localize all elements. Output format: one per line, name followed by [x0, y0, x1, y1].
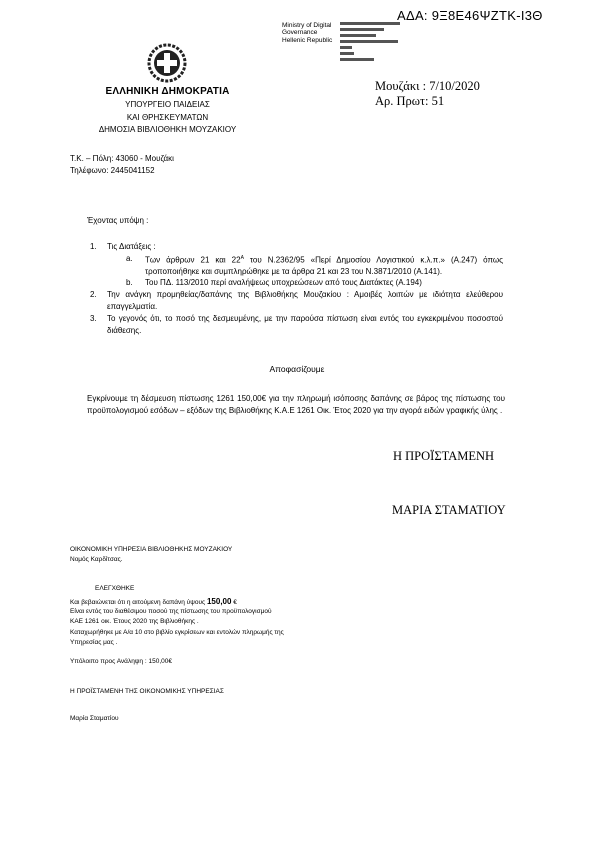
address-block: Τ.Κ. – Πόλη: 43060 - Μουζάκι Τηλέφωνο: 2…: [70, 153, 174, 177]
signature-line: Hellenic Republic: [282, 37, 332, 44]
finance-line-3: ΚΑΕ 1261 οικ. Έτους 2020 της Βιβλιοθήκης…: [70, 617, 199, 627]
subitem-text-part: Των άρθρων 21 και 22: [145, 256, 241, 265]
digital-signature-label: Ministry of Digital Governance Hellenic …: [282, 22, 332, 44]
ada-code: ΑΔΑ: 9Ξ8Ε46ΨΖΤΚ-Ι3Θ: [397, 8, 543, 23]
finance-line-2: Είναι εντός του διαθέσιμου ποσού της πίσ…: [70, 607, 272, 617]
institution-line-4: ΔΗΜΟΣΙΑ ΒΙΒΛΙΟΘΗΚΗ ΜΟΥΖΑΚΙΟΥ: [60, 125, 275, 134]
finance-head-title: Η ΠΡΟΪΣΤΑΜΕΝΗ ΤΗΣ ΟΙΚΟΝΟΜΙΚΗΣ ΥΠΗΡΕΣΙΑΣ: [70, 687, 224, 697]
subitem-text: Του ΠΔ. 113/2010 περί αναλήψεως υποχρεώσ…: [145, 277, 422, 289]
institution-line-3: ΚΑΙ ΘΡΗΣΚΕΥΜΑΤΩΝ: [60, 113, 275, 122]
protocol-number: Αρ. Πρωτ: 51: [375, 94, 480, 109]
item-number: 1.: [90, 241, 97, 253]
signature-details-illegible: [340, 22, 402, 64]
item-number: 3.: [90, 313, 97, 325]
item-text: Το γεγονός ότι, το ποσό της δεσμευμένης,…: [107, 313, 503, 336]
subitem-letter: a.: [126, 253, 133, 265]
subitem-letter: b.: [126, 277, 133, 289]
institution-line-2: ΥΠΟΥΡΓΕΙΟ ΠΑΙΔΕΙΑΣ: [60, 100, 275, 109]
signature-line: Ministry of Digital: [282, 22, 332, 29]
item-text: Τις Διατάξεις :: [107, 241, 156, 253]
currency: €: [231, 599, 236, 606]
finance-line-4: Καταχωρήθηκε με Α/α 10 στο βιβλίο εγκρίσ…: [70, 628, 284, 638]
signatory-name: ΜΑΡΙΑ ΣΤΑΜΑΤΙΟΥ: [392, 503, 506, 518]
phone-number: Τηλέφωνο: 2445041152: [70, 165, 174, 177]
finance-line-5: Υπηρεσίας μας .: [70, 638, 117, 648]
date-protocol-block: Μουζάκι : 7/10/2020 Αρ. Πρωτ: 51: [375, 79, 480, 109]
finance-text: Και βεβαιώνεται ότι η αιτούμενη δαπάνη ύ…: [70, 599, 207, 606]
considering-heading: Έχοντας υπόψη :: [87, 215, 148, 227]
postal-address: Τ.Κ. – Πόλη: 43060 - Μουζάκι: [70, 153, 174, 165]
subitem-text: Των άρθρων 21 και 22Α του Ν.2362/95 «Περ…: [145, 253, 503, 278]
item-text: Την ανάγκη προμηθείας/δαπάνης της Βιβλιο…: [107, 289, 503, 312]
item-number: 2.: [90, 289, 97, 301]
amount: 150,00: [207, 597, 231, 606]
finance-head-name: Μαρία Σταματίου: [70, 714, 119, 724]
remaining-balance: Υπόλοιπο προς Ανάληψη : 150,00€: [70, 657, 172, 667]
finance-service: ΟΙΚΟΝΟΜΙΚΗ ΥΠΗΡΕΣΙΑ ΒΙΒΛΙΟΘΗΚΗΣ ΜΟΥΖΑΚΙΟ…: [70, 545, 232, 555]
signatory-title: Η ΠΡΟΪΣΤΑΜΕΝΗ: [393, 449, 494, 464]
institution-line-1: ΕΛΛΗΝΙΚΗ ΔΗΜΟΚΡΑΤΙΑ: [60, 86, 275, 97]
decision-text: Εγκρίνουμε τη δέσμευση πίστωσης 1261 150…: [87, 393, 505, 416]
finance-prefecture: Νομός Καρδίτσας.: [70, 555, 123, 565]
greek-emblem-icon: [147, 43, 187, 83]
decision-title: Αποφασίζουμε: [87, 364, 507, 376]
signature-line: Governance: [282, 29, 332, 36]
checked-label: ΕΛΕΓΧΘΗΚΕ: [95, 584, 134, 594]
place-date: Μουζάκι : 7/10/2020: [375, 79, 480, 94]
